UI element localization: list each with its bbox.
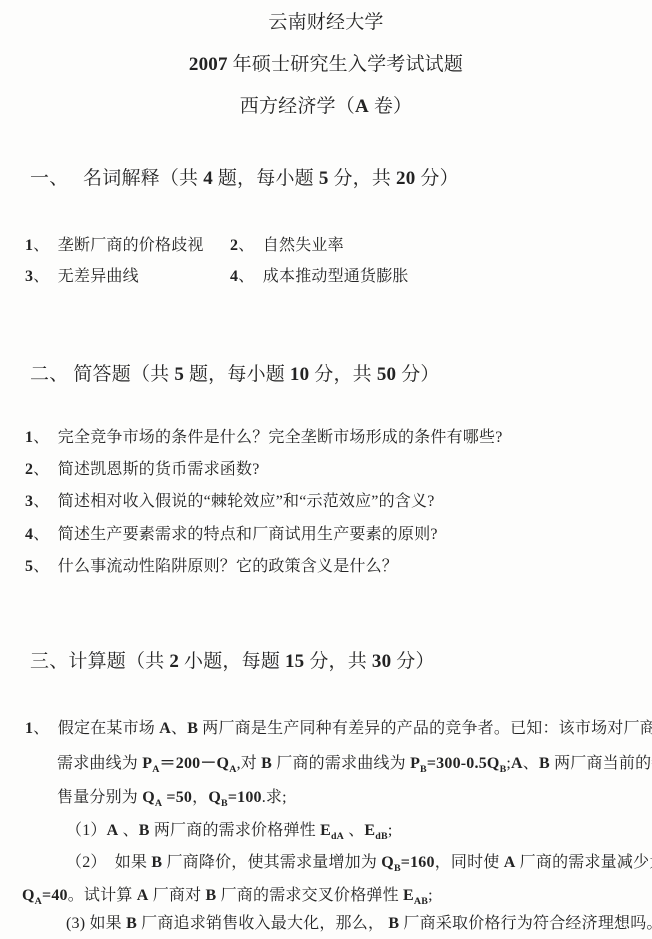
short-answer-question-2: 2、 简述凯恩斯的货币需求函数? [25,460,260,480]
calc-problem1-line2: 需求曲线为 PA＝200－QA,对 B 厂商的需求曲线为 PB=300-0.5Q… [57,754,652,774]
calc-problem1-line3: 售量分别为 QA =50，QB=100.求; [57,788,287,808]
calc-problem1-subquestion-1: （1）A 、B 两厂商的需求价格弹性 EdA 、EdB; [66,821,392,841]
term-item-3: 3、 无差异曲线 [25,267,139,287]
section2-heading: 二、 简答题（共 5 题，每小题 10 分，共 50 分） [30,363,440,387]
term-item-1: 1、 垄断厂商的价格歧视 [25,236,204,256]
term-item-2: 2、 自然失业率 [230,236,344,256]
calc-problem1-subquestion-2-cont: QA=40。试计算 A 厂商对 B 厂商的需求交叉价格弹性 EAB; [22,886,433,906]
section3-heading: 三、计算题（共 2 小题，每题 15 分，共 30 分） [30,650,435,674]
calc-problem1-subquestion-3: (3) 如果 B 厂商追求销售收入最大化，那么， B 厂商采取价格行为符合经济理… [66,914,652,934]
section1-heading: 一、 名词解释（共 4 题，每小题 5 分，共 20 分） [30,167,459,191]
short-answer-question-4: 4、 简述生产要素需求的特点和厂商试用生产要素的原则? [25,525,438,545]
exam-paper: 云南财经大学 2007 年硕士研究生入学考试试题 西方经济学（A 卷） 一、 名… [0,0,652,939]
short-answer-question-1: 1、 完全竞争市场的条件是什么？完全垄断市场形成的条件有哪些? [25,428,503,448]
short-answer-question-3: 3、 简述相对收入假说的“棘轮效应”和“示范效应”的含义? [25,492,435,512]
term-item-4: 4、 成本推动型通货膨胀 [230,267,409,287]
calc-problem1-subquestion-2: （2） 如果 B 厂商降价，使其需求量增加为 QB=160，同时使 A 厂商的需… [66,853,652,873]
short-answer-question-5: 5、 什么事流动性陷阱原则？它的政策含义是什么？ [25,557,398,577]
subject-title: 西方经济学（A 卷） [0,95,652,119]
exam-title: 2007 年硕士研究生入学考试试题 [0,53,652,77]
university-name: 云南财经大学 [0,11,652,35]
calc-problem1-line1: 1、 假定在某市场 A、B 两厂商是生产同种有差异的产品的竞争者。已知：该市场对… [25,719,652,739]
